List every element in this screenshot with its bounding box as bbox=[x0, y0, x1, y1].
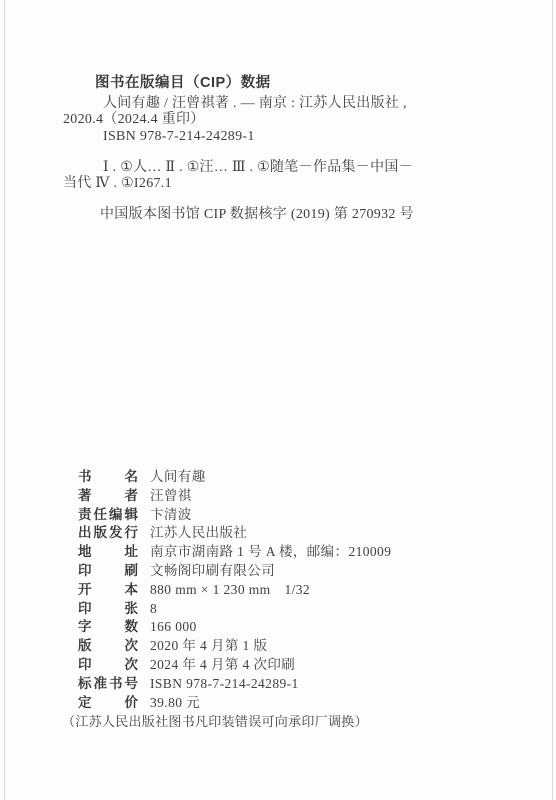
row-value: 卞清波 bbox=[150, 503, 192, 523]
row-value: 166 000 bbox=[150, 619, 197, 635]
row-value: 39.80 元 bbox=[150, 691, 200, 711]
printing-error-note: （江苏人民出版社图书凡印装错误可向承印厂调换） bbox=[62, 711, 368, 730]
row-label: 开本 bbox=[78, 578, 138, 598]
table-row: 印次2024 年 4 月第 4 次印刷 bbox=[78, 653, 526, 672]
row-value: 汪曾祺 bbox=[150, 484, 192, 504]
row-label: 标准书号 bbox=[78, 672, 138, 692]
row-label: 定价 bbox=[78, 691, 138, 711]
row-label: 书名 bbox=[78, 465, 138, 485]
table-row: 著者汪曾祺 bbox=[78, 484, 526, 503]
row-label: 印张 bbox=[78, 597, 138, 617]
cip-classification-line: Ⅰ . ①人… Ⅱ . ①汪… Ⅲ . ①随笔－作品集－中国－ bbox=[103, 160, 413, 176]
table-row: 版次2020 年 4 月第 1 版 bbox=[78, 634, 526, 653]
cip-title-line: 人间有趣 / 汪曾祺著 . — 南京 : 江苏人民出版社 , bbox=[103, 96, 407, 112]
colophon-table: 书名人间有趣著者汪曾祺责任编辑卞清波出版发行江苏人民出版社地址南京市湖南路 1 … bbox=[78, 465, 526, 709]
scan-edge-right bbox=[552, 0, 553, 800]
cip-heading: 图书在版编目（CIP）数据 bbox=[95, 71, 271, 92]
row-label: 地址 bbox=[78, 540, 138, 560]
row-value: 880 mm × 1 230 mm 1/32 bbox=[150, 578, 310, 598]
cip-record-number: 中国版本图书馆 CIP 数据核字 (2019) 第 270932 号 bbox=[100, 207, 414, 223]
row-value: ISBN 978-7-214-24289-1 bbox=[150, 676, 299, 692]
row-value: 江苏人民出版社 bbox=[150, 521, 247, 541]
scan-edge-left bbox=[4, 0, 5, 800]
table-row: 印张8 bbox=[78, 597, 526, 616]
table-row: 开本880 mm × 1 230 mm 1/32 bbox=[78, 578, 526, 597]
cip-isbn-line: ISBN 978-7-214-24289-1 bbox=[103, 129, 255, 145]
row-value: 2024 年 4 月第 4 次印刷 bbox=[150, 653, 295, 673]
table-row: 字数166 000 bbox=[78, 615, 526, 634]
row-label: 印刷 bbox=[78, 559, 138, 579]
table-row: 责任编辑卞清波 bbox=[78, 503, 526, 522]
row-label: 版次 bbox=[78, 634, 138, 654]
table-row: 标准书号ISBN 978-7-214-24289-1 bbox=[78, 672, 526, 691]
row-label: 字数 bbox=[78, 615, 138, 635]
cip-date-line: 2020.4（2024.4 重印） bbox=[63, 112, 205, 128]
row-label: 责任编辑 bbox=[78, 503, 138, 523]
cip-classification-cont: 当代 Ⅳ . ①I267.1 bbox=[63, 176, 172, 192]
table-row: 定价39.80 元 bbox=[78, 691, 526, 710]
book-copyright-page: 图书在版编目（CIP）数据 人间有趣 / 汪曾祺著 . — 南京 : 江苏人民出… bbox=[0, 0, 556, 800]
row-value: 文畅阁印刷有限公司 bbox=[150, 559, 275, 579]
row-value: 南京市湖南路 1 号 A 楼，邮编：210009 bbox=[150, 540, 391, 560]
row-label: 出版发行 bbox=[78, 521, 138, 541]
row-value: 8 bbox=[150, 601, 157, 617]
row-label: 印次 bbox=[78, 653, 138, 673]
row-value: 2020 年 4 月第 1 版 bbox=[150, 634, 267, 654]
row-value: 人间有趣 bbox=[150, 465, 206, 485]
row-label: 著者 bbox=[78, 484, 138, 504]
table-row: 出版发行江苏人民出版社 bbox=[78, 521, 526, 540]
table-row: 书名人间有趣 bbox=[78, 465, 526, 484]
table-row: 印刷文畅阁印刷有限公司 bbox=[78, 559, 526, 578]
table-row: 地址南京市湖南路 1 号 A 楼，邮编：210009 bbox=[78, 540, 526, 559]
